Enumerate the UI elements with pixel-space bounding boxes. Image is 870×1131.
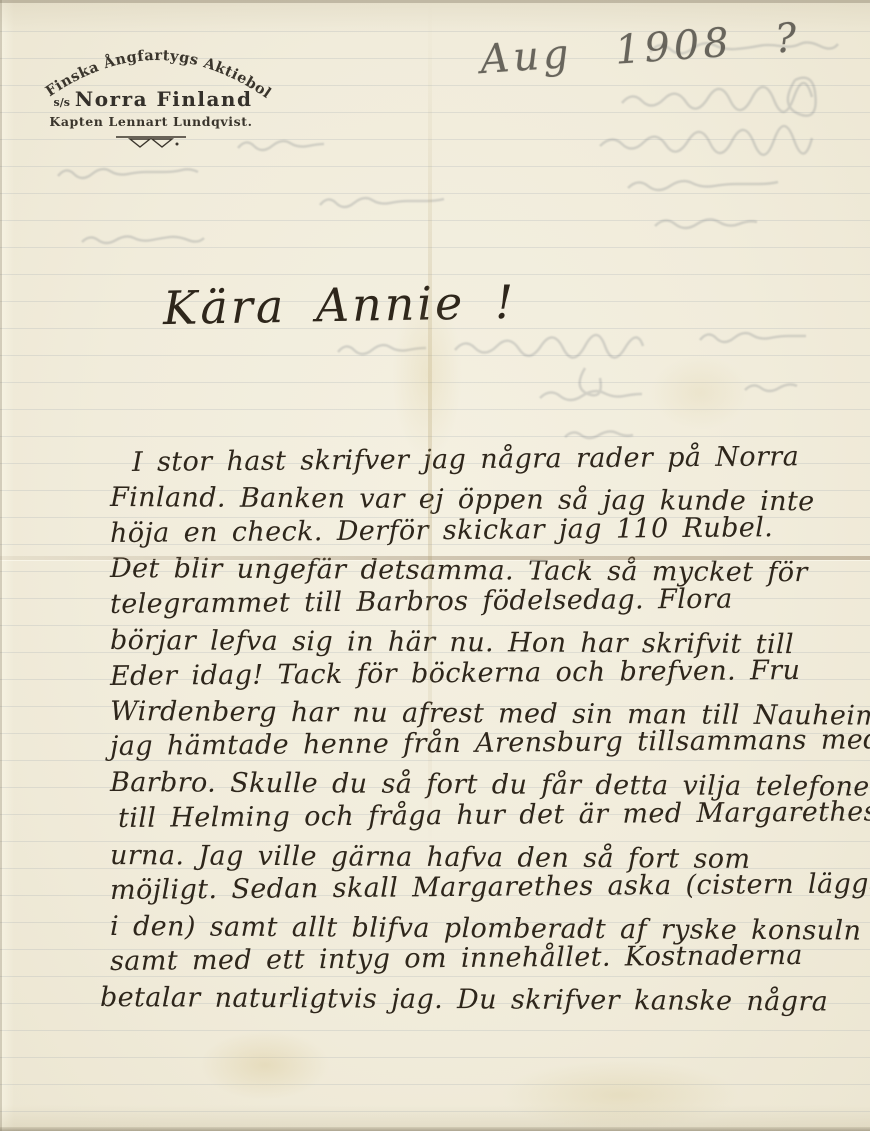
paper-stain [650, 355, 750, 430]
letterhead-captain-line: Kapten Lennart Lundqvist. [49, 114, 252, 129]
body-line: Eder idag! Tack för böckerna och brefven… [110, 655, 801, 692]
paper-stain [200, 1030, 330, 1100]
body-line: betalar naturligtvis jag. Du skrifver ka… [100, 982, 828, 1017]
salutation: Kära Annie ! [163, 275, 517, 335]
paper-stain [500, 1060, 740, 1130]
body-line: till Helming och fråga hur det är med Ma… [118, 796, 870, 834]
letterhead: Finska Ångfartygs Aktiebolaget s/sNorra … [38, 36, 278, 161]
ship-name: Norra Finland [75, 87, 253, 111]
paper-edge-bottom [0, 1127, 870, 1131]
date-annotation: Aug 1908 ? [479, 15, 802, 83]
body-line: samt med ett intyg om innehållet. Kostna… [110, 940, 803, 977]
paper-edge-top [0, 0, 870, 3]
body-line: telegrammet till Barbros födelsedag. Flo… [110, 584, 733, 620]
horizontal-fold-crease [0, 556, 870, 560]
body-line: höja en check. Derför skickar jag 110 Ru… [110, 512, 773, 549]
body-line: börjar lefva sig in här nu. Hon har skri… [110, 625, 794, 660]
body-line: jag hämtade henne från Arensburg tillsam… [110, 724, 870, 762]
body-line: möjligt. Sedan skall Margarethes aska (c… [110, 868, 870, 906]
paper-edge-left [0, 0, 2, 1131]
letter-scan-page: Finska Ångfartygs Aktiebolaget s/sNorra … [0, 0, 870, 1131]
vertical-fold-crease [428, 0, 432, 1131]
ship-prefix: s/s [54, 96, 70, 109]
letterhead-ornament-icon [116, 137, 186, 147]
letterhead-ship-line: s/sNorra Finland [54, 87, 253, 111]
body-line: I stor hast skrifver jag några rader på … [132, 441, 799, 478]
